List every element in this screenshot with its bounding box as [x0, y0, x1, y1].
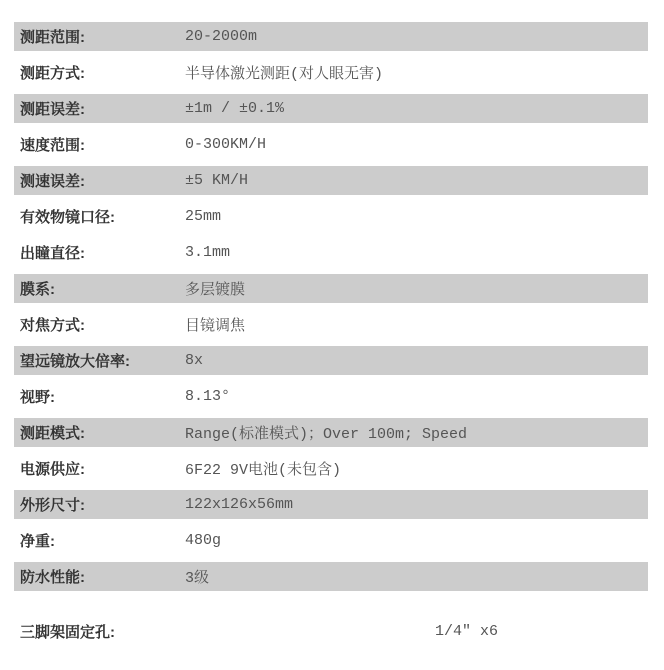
spec-row: 测距方式:半导体激光测距(对人眼无害)	[14, 58, 648, 87]
spec-value: ±5 KM/H	[185, 172, 248, 189]
spec-row: 净重:480g	[14, 526, 648, 555]
spec-row: 防水性能:3级	[14, 562, 648, 591]
spec-value: 多层镀膜	[185, 278, 245, 299]
spec-label: 测速误差:	[14, 170, 185, 191]
spec-value: 目镜调焦	[185, 314, 245, 335]
spec-label: 望远镜放大倍率:	[14, 350, 185, 371]
product-spec-page: 测距范围:20-2000m测距方式:半导体激光测距(对人眼无害)测距误差:±1m…	[0, 0, 664, 646]
spec-row: 视野:8.13°	[14, 382, 648, 411]
spec-value: 480g	[185, 532, 221, 549]
spec-row: 测距范围:20-2000m	[14, 22, 648, 51]
spec-value: 8x	[185, 352, 203, 369]
spec-value: ±1m / ±0.1%	[185, 100, 284, 117]
spec-row: 外形尺寸:122x126x56mm	[14, 490, 648, 519]
spec-value: 6F22 9V电池(未包含)	[185, 458, 341, 479]
spec-row: 望远镜放大倍率:8x	[14, 346, 648, 375]
spec-value: 3级	[185, 566, 209, 587]
spec-label: 测距模式:	[14, 422, 185, 443]
spec-label: 出瞳直径:	[14, 242, 185, 263]
spec-value: 122x126x56mm	[185, 496, 293, 513]
spec-label: 防水性能:	[14, 566, 185, 587]
spec-row: 速度范围:0-300KM/H	[14, 130, 648, 159]
spec-label-tripod-mount: 三脚架固定孔:	[14, 621, 435, 642]
spec-row: 出瞳直径:3.1mm	[14, 238, 648, 267]
spec-label: 测距误差:	[14, 98, 185, 119]
spec-row: 测速误差:±5 KM/H	[14, 166, 648, 195]
spec-value: 20-2000m	[185, 28, 257, 45]
spec-label: 测距方式:	[14, 62, 185, 83]
spec-value: 3.1mm	[185, 244, 230, 261]
spec-label: 视野:	[14, 386, 185, 407]
spec-label: 外形尺寸:	[14, 494, 185, 515]
spec-value: 25mm	[185, 208, 221, 225]
spec-value: 0-300KM/H	[185, 136, 266, 153]
spec-row: 测距模式:Range(标准模式)；Over 100m; Speed	[14, 418, 648, 447]
spec-row: 电源供应:6F22 9V电池(未包含)	[14, 454, 648, 483]
spec-label: 净重:	[14, 530, 185, 551]
spec-label: 对焦方式:	[14, 314, 185, 335]
spec-value: 半导体激光测距(对人眼无害)	[185, 62, 383, 83]
spec-row: 对焦方式:目镜调焦	[14, 310, 648, 339]
spec-label: 测距范围:	[14, 26, 185, 47]
spec-value-tripod-mount: 1/4″ x6	[435, 623, 498, 640]
spec-label: 有效物镜口径:	[14, 206, 185, 227]
spec-label: 速度范围:	[14, 134, 185, 155]
spec-row: 有效物镜口径:25mm	[14, 202, 648, 231]
spec-value: 8.13°	[185, 388, 230, 405]
spec-label: 电源供应:	[14, 458, 185, 479]
spec-row-tripod-mount: 三脚架固定孔: 1/4″ x6	[14, 617, 648, 646]
spec-table: 测距范围:20-2000m测距方式:半导体激光测距(对人眼无害)测距误差:±1m…	[14, 22, 648, 591]
spec-label: 膜系:	[14, 278, 185, 299]
spec-value: Range(标准模式)；Over 100m; Speed	[185, 422, 467, 443]
spec-row: 测距误差:±1m / ±0.1%	[14, 94, 648, 123]
spec-row: 膜系:多层镀膜	[14, 274, 648, 303]
